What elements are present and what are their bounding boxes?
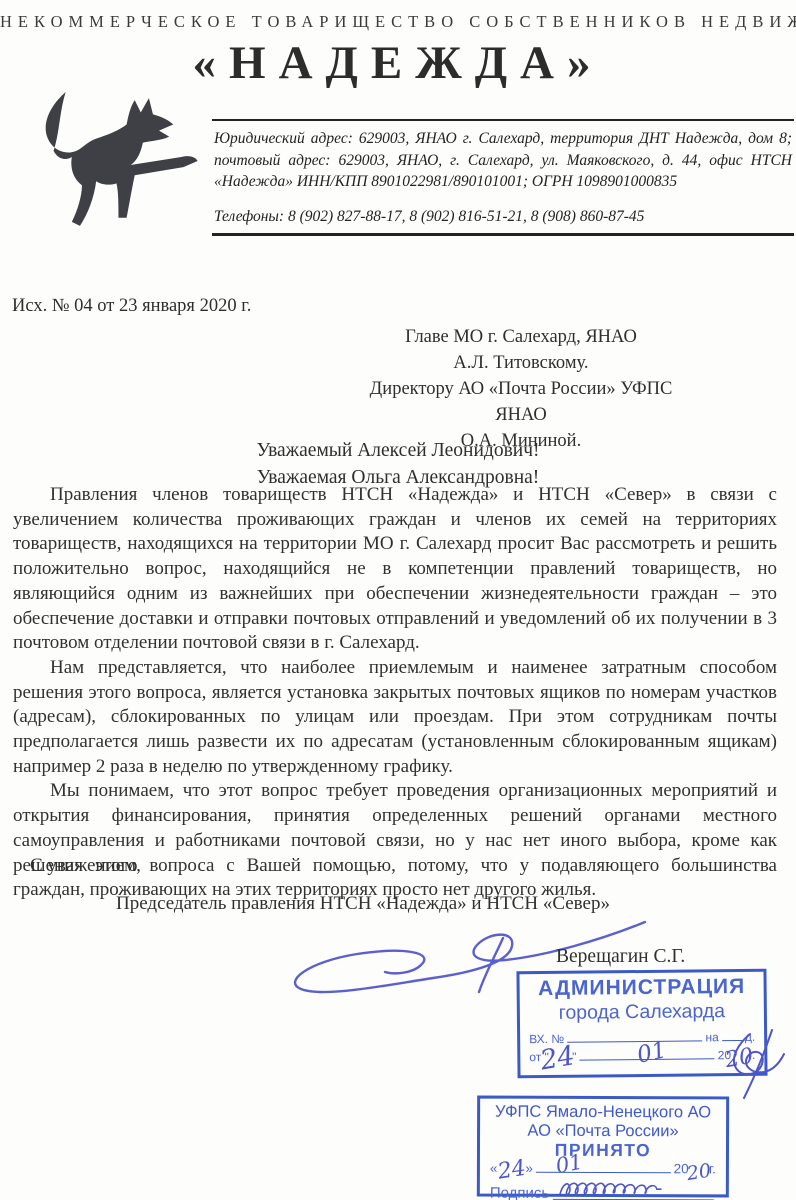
body-paragraph: Мы понимаем, что этот вопрос требует про…: [13, 779, 777, 903]
handwritten-day: 24: [496, 1160, 526, 1182]
regards-line: С уважением,: [30, 855, 141, 877]
post-stamp-signature-row: Подпись: [490, 1179, 716, 1200]
letterhead-info-block: Юридический адрес: 629003, ЯНАО г. Салех…: [212, 119, 794, 236]
addressee-block: Главе МО г. Салехард, ЯНАО А.Л. Титовско…: [345, 324, 697, 454]
signer-name: Верещагин С.Г.: [556, 946, 685, 968]
addressee-line: А.Л. Титовскому.: [345, 350, 697, 376]
body-paragraph: Правления членов товариществ НТСН «Надеж…: [13, 483, 777, 656]
admin-stamp-subtitle: города Салехарда: [529, 1000, 755, 1025]
handwritten-day: 24: [538, 1045, 575, 1072]
outgoing-ref-line: Исх. № 04 от 23 января 2020 г.: [12, 296, 251, 317]
post-stamp-org-line2: АО «Почта России»: [490, 1122, 716, 1142]
org-name-title: «НАДЕЖДА»: [0, 36, 796, 90]
addressee-line: Главе МО г. Салехард, ЯНАО: [345, 324, 697, 350]
handwritten-month: 01: [555, 1154, 584, 1176]
postal-address-line: почтовый адрес: 629003, ЯНАО, г. Салехар…: [214, 150, 792, 172]
month-blank: 01: [579, 1057, 714, 1060]
org-type-line: НЕКОММЕРЧЕСКОЕ ТОВАРИЩЕСТВО СОБСТВЕННИКО…: [0, 12, 796, 32]
signature-blank: [553, 1179, 714, 1200]
handwritten-month: 01: [636, 1041, 669, 1065]
post-stamp-date-row: « 24 » 01 20 20 г.: [490, 1161, 716, 1177]
post-office-stamp: УФПС Ямало-Ненецкого АО АО «Почта России…: [477, 1096, 729, 1198]
admin-stamp-title: АДМИНИСТРАЦИЯ: [529, 975, 755, 1001]
na-label: на: [705, 1030, 718, 1044]
clerk-signature-scribble-ink: [557, 1177, 707, 1200]
post-stamp-org-line: УФПС Ямало-Ненецкого АО: [490, 1103, 716, 1123]
inn-ogrn-line: «Надежда» ИНН/КПП 8901022981/890101001; …: [214, 171, 792, 193]
month-blank: 01: [536, 1171, 671, 1173]
scanned-letter-page: НЕКОММЕРЧЕСКОЕ ТОВАРИЩЕСТВО СОБСТВЕННИКО…: [0, 0, 796, 1200]
fox-logo-icon: [28, 90, 213, 232]
legal-address-line: Юридический адрес: 629003, ЯНАО г. Салех…: [214, 128, 792, 150]
receiving-clerk-flourish-ink: [720, 1026, 796, 1102]
body-paragraph: Нам представляется, что наиболее приемле…: [13, 656, 777, 780]
salutation-line: Уважаемый Алексей Леонидович!: [0, 437, 796, 464]
signature-label: Подпись: [490, 1185, 549, 1200]
addressee-line: Директору АО «Почта России» УФПС ЯНАО: [345, 376, 697, 428]
phones-line: Телефоны: 8 (902) 827-88-17, 8 (902) 816…: [214, 206, 792, 228]
letter-body: Правления членов товариществ НТСН «Надеж…: [13, 483, 777, 903]
